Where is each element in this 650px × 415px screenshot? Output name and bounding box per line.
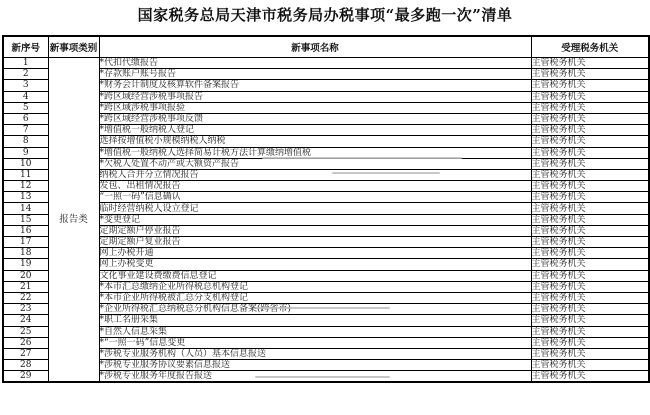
item-name-cell: *跨区域涉税事项报验 (99, 102, 531, 113)
table-row: 2*存款账户账号报告主管税务机关 (3, 69, 649, 80)
row-number-cell: 29 (3, 371, 48, 383)
authority-cell: 主管税务机关 (531, 125, 649, 136)
item-name-cell: *跨区域经营涉税事项报告 (99, 91, 531, 102)
table-row: 27*涉税专业服务机构（人员）基本信息报送主管税务机关 (3, 348, 649, 359)
item-name-cell: 定期定额户停业报告 (99, 225, 531, 236)
row-number-cell: 17 (3, 237, 48, 248)
authority-cell: 主管税务机关 (531, 248, 649, 259)
authority-cell: 主管税务机关 (531, 259, 649, 270)
authority-cell: 主管税务机关 (531, 304, 649, 315)
item-name-cell: 选择按增值税小规模纳税人纳税 (99, 136, 531, 147)
item-name-cell: “一照一码”信息确认 (99, 192, 531, 203)
row-number-cell: 10 (3, 158, 48, 169)
row-number-cell: 8 (3, 136, 48, 147)
authority-cell: 主管税务机关 (531, 113, 649, 124)
authority-cell: 主管税务机关 (531, 80, 649, 91)
row-number-cell: 23 (3, 304, 48, 315)
row-number-cell: 4 (3, 91, 48, 102)
item-name-cell: *存款账户账号报告 (99, 69, 531, 80)
row-number-cell: 24 (3, 315, 48, 326)
table-row: 29*涉税专业服务年度报告报送主管税务机关 (3, 371, 649, 383)
table-row: 28*涉税专业服务协议要素信息报送主管税务机关 (3, 360, 649, 371)
table-row: 5*跨区域涉税事项报验主管税务机关 (3, 102, 649, 113)
item-name-cell: 定期定额户复业报告 (99, 237, 531, 248)
table-row: 6*跨区域经营涉税事项反馈主管税务机关 (3, 113, 649, 124)
row-number-cell: 20 (3, 270, 48, 281)
item-name-cell: *涉税专业服务机构（人员）基本信息报送 (99, 348, 531, 359)
item-name-cell: 纳税人合并分立情况报告 (99, 169, 531, 180)
authority-cell: 主管税务机关 (531, 169, 649, 180)
row-number-cell: 3 (3, 80, 48, 91)
table-row: 19网上办税变更主管税务机关 (3, 259, 649, 270)
authority-cell: 主管税务机关 (531, 158, 649, 169)
table-row: 20文化事业建设费缴费信息登记主管税务机关 (3, 270, 649, 281)
authority-cell: 主管税务机关 (531, 225, 649, 236)
authority-cell: 主管税务机关 (531, 58, 649, 69)
authority-cell: 主管税务机关 (531, 102, 649, 113)
row-number-cell: 26 (3, 337, 48, 348)
tax-items-table: 新序号 新事项类别 新事项名称 受理税务机关 1报告类*代扣代缴报告主管税务机关… (2, 35, 650, 383)
row-number-cell: 18 (3, 248, 48, 259)
row-number-cell: 13 (3, 192, 48, 203)
table-row: 3*财务会计制度及核算软件备案报告主管税务机关 (3, 80, 649, 91)
table-body: 1报告类*代扣代缴报告主管税务机关2*存款账户账号报告主管税务机关3*财务会计制… (3, 58, 649, 383)
table-row: 7*增值税一般纳税人登记主管税务机关 (3, 125, 649, 136)
authority-cell: 主管税务机关 (531, 214, 649, 225)
authority-cell: 主管税务机关 (531, 371, 649, 383)
table-row: 24*职工名册采集主管税务机关 (3, 315, 649, 326)
table-row: 10*欠税人处置不动产或大额资产报告主管税务机关 (3, 158, 649, 169)
header-serial-number: 新序号 (3, 36, 48, 58)
item-name-cell: *涉税专业服务年度报告报送 (99, 371, 531, 383)
item-name-cell: *本市汇总缴纳企业所得税总机构登记 (99, 281, 531, 292)
authority-cell: 主管税务机关 (531, 136, 649, 147)
table-row: 11纳税人合并分立情况报告主管税务机关 (3, 169, 649, 180)
row-number-cell: 6 (3, 113, 48, 124)
authority-cell: 主管税务机关 (531, 348, 649, 359)
row-number-cell: 25 (3, 326, 48, 337)
item-name-cell: *涉税专业服务协议要素信息报送 (99, 360, 531, 371)
table-row: 25*自然人信息采集主管税务机关 (3, 326, 649, 337)
row-number-cell: 1 (3, 58, 48, 69)
row-number-cell: 14 (3, 203, 48, 214)
authority-cell: 主管税务机关 (531, 326, 649, 337)
item-name-cell: 文化事业建设费缴费信息登记 (99, 270, 531, 281)
table-header: 新序号 新事项类别 新事项名称 受理税务机关 (3, 36, 649, 58)
row-number-cell: 15 (3, 214, 48, 225)
authority-cell: 主管税务机关 (531, 337, 649, 348)
row-number-cell: 16 (3, 225, 48, 236)
item-name-cell: *自然人信息采集 (99, 326, 531, 337)
table-row: 13“一照一码”信息确认主管税务机关 (3, 192, 649, 203)
item-name-cell: *增值税一般纳税人选择简易计税方法计算缴纳增值税 (99, 147, 531, 158)
header-accepting-authority: 受理税务机关 (531, 36, 649, 58)
row-number-cell: 7 (3, 125, 48, 136)
item-name-cell: 临时经营纳税人设立登记 (99, 203, 531, 214)
authority-cell: 主管税务机关 (531, 203, 649, 214)
row-number-cell: 22 (3, 292, 48, 303)
row-number-cell: 2 (3, 69, 48, 80)
table-row: 15*变更登记主管税务机关 (3, 214, 649, 225)
item-name-cell: 网上办税变更 (99, 259, 531, 270)
table-row: 9*增值税一般纳税人选择简易计税方法计算缴纳增值税主管税务机关 (3, 147, 649, 158)
table-row: 4*跨区域经营涉税事项报告主管税务机关 (3, 91, 649, 102)
row-number-cell: 28 (3, 360, 48, 371)
row-number-cell: 12 (3, 181, 48, 192)
table-row: 18网上办税开通主管税务机关 (3, 248, 649, 259)
row-number-cell: 19 (3, 259, 48, 270)
table-row: 8选择按增值税小规模纳税人纳税主管税务机关 (3, 136, 649, 147)
authority-cell: 主管税务机关 (531, 181, 649, 192)
header-item-category: 新事项类别 (48, 36, 99, 58)
item-name-cell: *职工名册采集 (99, 315, 531, 326)
item-name-cell: 发包、出租情况报告 (99, 181, 531, 192)
row-number-cell: 11 (3, 169, 48, 180)
table-row: 17定期定额户复业报告主管税务机关 (3, 237, 649, 248)
authority-cell: 主管税务机关 (531, 360, 649, 371)
item-name-cell: *“一照一码”信息变更 (99, 337, 531, 348)
authority-cell: 主管税务机关 (531, 192, 649, 203)
table-row: 23*企业所得税汇总纳税总分机构信息备案(跨省市)主管税务机关 (3, 304, 649, 315)
table-row: 22*本市企业所得税被汇总分支机构登记主管税务机关 (3, 292, 649, 303)
table-row: 16定期定额户停业报告主管税务机关 (3, 225, 649, 236)
item-name-cell: *企业所得税汇总纳税总分机构信息备案(跨省市) (99, 304, 531, 315)
authority-cell: 主管税务机关 (531, 292, 649, 303)
page-title: 国家税务总局天津市税务局办税事项“最多跑一次”清单 (0, 4, 650, 25)
item-name-cell: *跨区域经营涉税事项反馈 (99, 113, 531, 124)
header-row: 新序号 新事项类别 新事项名称 受理税务机关 (3, 36, 649, 58)
item-name-cell: *变更登记 (99, 214, 531, 225)
item-name-cell: *本市企业所得税被汇总分支机构登记 (99, 292, 531, 303)
item-name-cell: *代扣代缴报告 (99, 58, 531, 69)
table-row: 1报告类*代扣代缴报告主管税务机关 (3, 58, 649, 69)
authority-cell: 主管税务机关 (531, 147, 649, 158)
table-row: 26*“一照一码”信息变更主管税务机关 (3, 337, 649, 348)
table-row: 21*本市汇总缴纳企业所得税总机构登记主管税务机关 (3, 281, 649, 292)
authority-cell: 主管税务机关 (531, 237, 649, 248)
row-number-cell: 9 (3, 147, 48, 158)
header-item-name: 新事项名称 (99, 36, 531, 58)
row-number-cell: 5 (3, 102, 48, 113)
item-name-cell: *增值税一般纳税人登记 (99, 125, 531, 136)
table-row: 14临时经营纳税人设立登记主管税务机关 (3, 203, 649, 214)
authority-cell: 主管税务机关 (531, 69, 649, 80)
table-row: 12发包、出租情况报告主管税务机关 (3, 181, 649, 192)
item-name-cell: *欠税人处置不动产或大额资产报告 (99, 158, 531, 169)
authority-cell: 主管税务机关 (531, 91, 649, 102)
row-number-cell: 21 (3, 281, 48, 292)
item-name-cell: 网上办税开通 (99, 248, 531, 259)
authority-cell: 主管税务机关 (531, 270, 649, 281)
row-number-cell: 27 (3, 348, 48, 359)
category-cell: 报告类 (48, 58, 99, 383)
authority-cell: 主管税务机关 (531, 281, 649, 292)
authority-cell: 主管税务机关 (531, 315, 649, 326)
item-name-cell: *财务会计制度及核算软件备案报告 (99, 80, 531, 91)
